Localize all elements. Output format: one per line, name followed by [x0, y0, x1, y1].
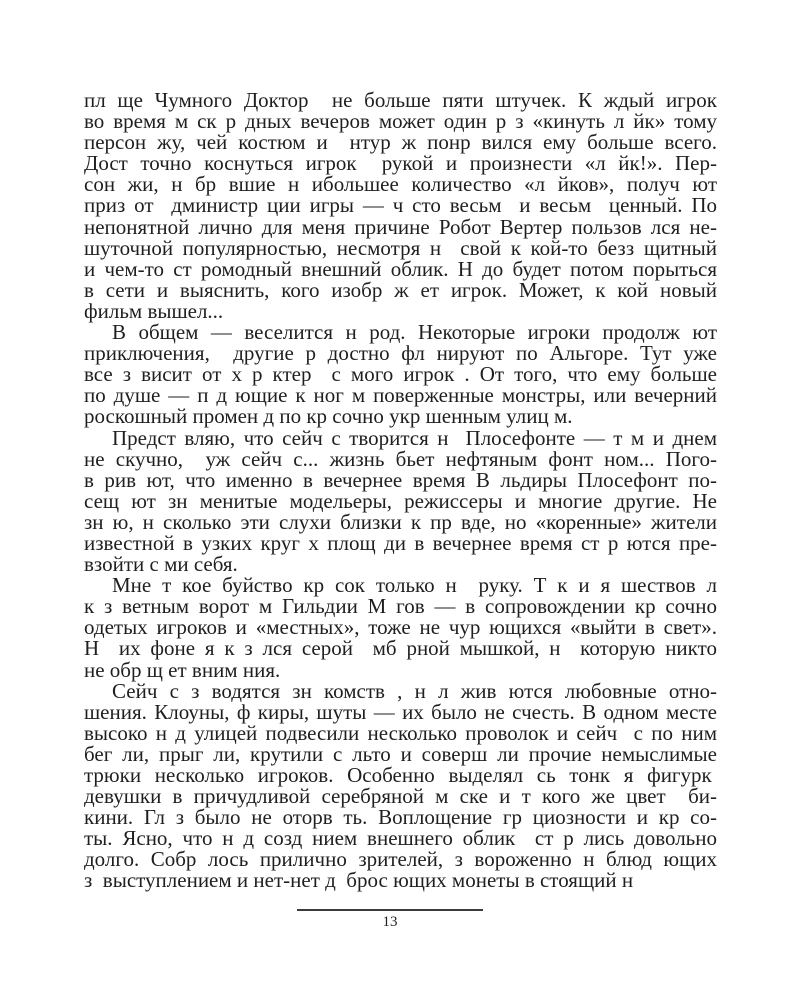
page-footer: 13	[297, 909, 483, 931]
paragraph: Сейч с з водятся зн комств , н л жив ютс…	[84, 681, 717, 892]
text-line: непонятной лично для меня причине Робот …	[84, 217, 717, 238]
text-line: В общем — веселится н род. Некоторые игр…	[84, 322, 717, 343]
footer-rule	[297, 909, 483, 911]
text-line: все з висит от х р ктер с мого игрок . О…	[84, 364, 717, 385]
text-line: к з ветным ворот м Гильдии М гов — в соп…	[84, 596, 717, 617]
text-line: не обр щ ет вним ния.	[84, 660, 717, 681]
paragraph: Мне т кое буйство кр сок только н руку. …	[84, 575, 717, 680]
text-line: роскошный промен д по кр сочно укр шенны…	[84, 406, 717, 427]
text-line: известной в узких круг х площ ди в вечер…	[84, 533, 717, 554]
text-line: Сейч с з водятся зн комств , н л жив ютс…	[84, 681, 717, 702]
text-line: сон жи, н бр вшие н ибольшее количество …	[84, 174, 717, 195]
text-line: высоко н д улицей подвесили несколько пр…	[84, 723, 717, 744]
text-line: приз от дминистр ции игры — ч сто весьм …	[84, 195, 717, 216]
text-line: не скучно, уж сейч с... жизнь бьет нефтя…	[84, 449, 717, 470]
text-line: приключения, другие р достно фл нируют п…	[84, 343, 717, 364]
text-line: шения. Клоуны, ф киры, шуты — их было не…	[84, 702, 717, 723]
text-line: и чем-то ст ромодный внешний облик. Н до…	[84, 259, 717, 280]
book-page: пл ще Чумного Доктор не больше пяти штуч…	[0, 0, 800, 1000]
text-line: кини. Гл з было не оторв ть. Воплощение …	[84, 807, 717, 828]
paragraph: Предст вляю, что сейч с творится н Плосе…	[84, 428, 717, 576]
text-line: персон жу, чей костюм и нтур ж понр вилс…	[84, 132, 717, 153]
text-line: бег ли, прыг ли, крутили с льто и соверш…	[84, 744, 717, 765]
text-line: одетых игроков и «местных», тоже не чур …	[84, 617, 717, 638]
text-line: Мне т кое буйство кр сок только н руку. …	[84, 575, 717, 596]
text-line: в сети и выяснить, кого изобр ж ет игрок…	[84, 280, 717, 301]
text-line: шуточной популярностью, несмотря н свой …	[84, 238, 717, 259]
text-line: пл ще Чумного Доктор не больше пяти штуч…	[84, 90, 717, 111]
page-text: пл ще Чумного Доктор не больше пяти штуч…	[84, 90, 717, 892]
text-line: Предст вляю, что сейч с творится н Плосе…	[84, 428, 717, 449]
text-line: трюки несколько игроков. Особенно выделя…	[84, 765, 717, 786]
text-line: сещ ют зн менитые модельеры, режиссеры и…	[84, 491, 717, 512]
text-line: зн ю, н сколько эти слухи близки к пр вд…	[84, 512, 717, 533]
text-line: з выступлением и нет-нет д брос ющих мон…	[84, 870, 717, 891]
paragraph: В общем — веселится н род. Некоторые игр…	[84, 322, 717, 427]
text-line: взойти с ми себя.	[84, 554, 717, 575]
text-line: фильм вышел...	[84, 301, 717, 322]
paragraph: пл ще Чумного Доктор не больше пяти штуч…	[84, 90, 717, 322]
text-line: Н их фоне я к з лся серой мб рной мышкой…	[84, 638, 717, 659]
text-line: во время м ск р дных вечеров может один …	[84, 111, 717, 132]
text-line: Дост точно коснуться игрок рукой и произ…	[84, 153, 717, 174]
text-line: по душе — п д ющие к ног м поверженные м…	[84, 385, 717, 406]
text-line: девушки в причудливой серебряной м ске и…	[84, 786, 717, 807]
text-line: в рив ют, что именно в вечернее время В …	[84, 470, 717, 491]
text-line: долго. Собр лось прилично зрителей, з во…	[84, 849, 717, 870]
text-line: ты. Ясно, что н д созд нием внешнего обл…	[84, 828, 717, 849]
page-number: 13	[297, 914, 483, 931]
